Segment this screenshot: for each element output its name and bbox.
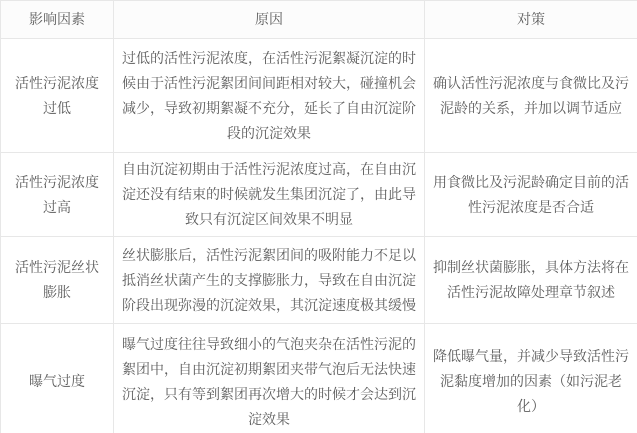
countermeasure-cell: 确认活性污泥浓度与食微比及污泥龄的关系，并加以调节适应	[425, 39, 637, 153]
column-header-factor: 影响因素	[1, 1, 114, 39]
column-header-cause: 原因	[114, 1, 425, 39]
table-row: 活性污泥浓度过高 自由沉淀初期由于活性污泥浓度过高，在自由沉淀还没有结束的时候就…	[1, 153, 637, 237]
cause-cell: 曝气过度往往导致细小的气泡夹杂在活性污泥的絮团中，自由沉淀初期絮团夹带气泡后无法…	[114, 324, 425, 433]
factor-cell: 活性污泥浓度过低	[1, 39, 114, 153]
factor-cell: 曝气过度	[1, 324, 114, 433]
cause-cell: 丝状膨胀后，活性污泥絮团间的吸附能力不足以抵消丝状菌产生的支撑膨胀力，导致在自由…	[114, 237, 425, 324]
cause-cell: 过低的活性污泥浓度，在活性污泥絮凝沉淀的时候由于活性污泥絮团间间距相对较大，碰撞…	[114, 39, 425, 153]
column-header-countermeasure: 对策	[425, 1, 637, 39]
table-row: 活性污泥丝状膨胀 丝状膨胀后，活性污泥絮团间的吸附能力不足以抵消丝状菌产生的支撑…	[1, 237, 637, 324]
countermeasure-cell: 降低曝气量，并减少导致活性污泥黏度增加的因素（如污泥老化）	[425, 324, 637, 433]
countermeasure-cell: 抑制丝状菌膨胀，具体方法将在活性污泥故障处理章节叙述	[425, 237, 637, 324]
countermeasure-cell: 用食微比及污泥龄确定目前的活性污泥浓度是否合适	[425, 153, 637, 237]
page: 影响因素 原因 对策 活性污泥浓度过低 过低的活性污泥浓度，在活性污泥絮凝沉淀的…	[0, 0, 637, 433]
table-row: 曝气过度 曝气过度往往导致细小的气泡夹杂在活性污泥的絮团中，自由沉淀初期絮团夹带…	[1, 324, 637, 433]
header-row: 影响因素 原因 对策	[1, 1, 637, 39]
table-row: 活性污泥浓度过低 过低的活性污泥浓度，在活性污泥絮凝沉淀的时候由于活性污泥絮团间…	[1, 39, 637, 153]
sludge-settling-factors-table: 影响因素 原因 对策 活性污泥浓度过低 过低的活性污泥浓度，在活性污泥絮凝沉淀的…	[0, 0, 637, 433]
factor-cell: 活性污泥丝状膨胀	[1, 237, 114, 324]
factor-cell: 活性污泥浓度过高	[1, 153, 114, 237]
cause-cell: 自由沉淀初期由于活性污泥浓度过高，在自由沉淀还没有结束的时候就发生集团沉淀了，由…	[114, 153, 425, 237]
